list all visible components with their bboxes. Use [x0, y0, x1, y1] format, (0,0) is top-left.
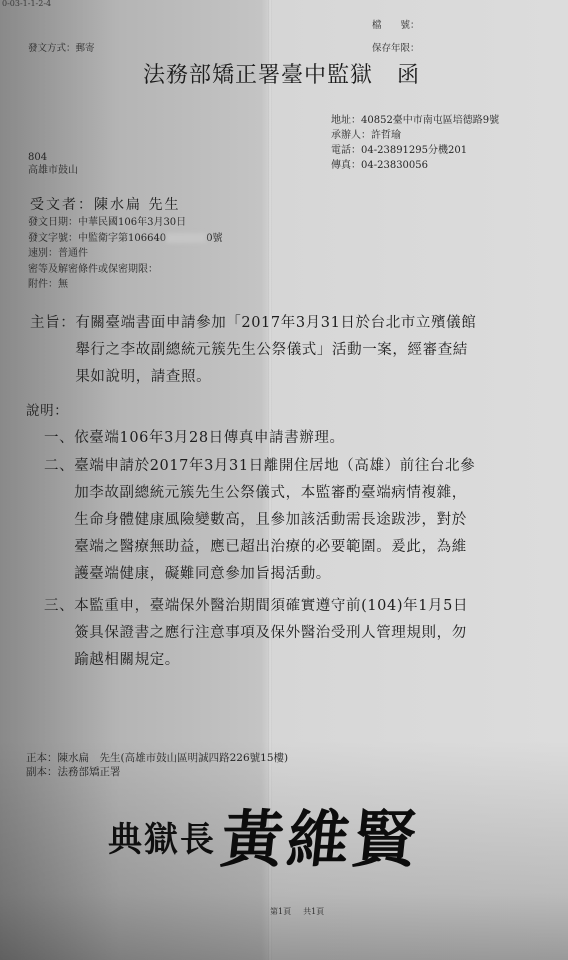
file-number-label: 檔 號： — [372, 17, 420, 31]
item-line: 簽具保證書之應行注意事項及保外醫治受刑人管理規則，勿 — [74, 620, 468, 647]
item-marker: 一、 — [44, 425, 74, 452]
contact-fax: 傳真：04-23830056 — [331, 158, 499, 173]
contact-address: 地址：40852臺中市南屯區培德路9號 — [331, 113, 499, 128]
explanation-label: 說明： — [26, 398, 68, 425]
redaction-blur — [166, 233, 206, 243]
page-number: 第1頁 — [270, 907, 291, 916]
signatory-name-stamp: 黃維賢 — [217, 790, 424, 879]
distribution-block: 正本：陳水扁 先生(高雄市鼓山區明誠四路226號15樓) 副本：法務部矯正署 — [26, 751, 288, 779]
explanation-item-2: 二、 臺端申請於2017年3月31日離開住居地（高雄）前往台北參 加李故副總統元… — [44, 453, 475, 588]
item-line: 加李故副總統元簇先生公祭儀式，本監審酌臺端病情複雜， — [74, 480, 475, 507]
explanation-item-1: 一、 依臺端106年3月28日傳真申請書辦理。 — [44, 425, 345, 452]
send-method: 發文方式：郵寄 — [28, 40, 95, 54]
document-number-prefix: 發文字號：中監衛字第106640 — [28, 233, 166, 244]
subject-line: 有關臺端書面申請參加「2017年3月31日於台北市立殯儀館 — [75, 310, 476, 337]
issuing-organization: 法務部矯正署臺中監獄 — [143, 63, 373, 88]
item-line: 臺端申請於2017年3月31日離開住居地（高雄）前往台北參 — [74, 453, 475, 480]
document-meta: 發文日期：中華民國106年3月30日 發文字號：中監衛字第1066400號 速別… — [28, 215, 223, 293]
attachment: 附件：無 — [28, 277, 223, 293]
contact-block: 地址：40852臺中市南屯區培德路9號 承辦人：許哲瑜 電話：04-238912… — [331, 113, 499, 173]
item-marker: 二、 — [44, 453, 74, 588]
subject-line: 舉行之李故副總統元簇先生公祭儀式」活動一案，經審查結 — [75, 337, 476, 364]
signature-block: 典獄長 — [108, 812, 216, 861]
issue-date: 發文日期：中華民國106年3月30日 — [28, 215, 223, 231]
item-body: 本監重申，臺端保外醫治期間須確實遵守前(104)年1月5日 簽具保證書之應行注意… — [74, 593, 468, 674]
signatory-title: 典獄長 — [108, 820, 216, 860]
item-line: 生命身體健康風險變數高，且參加該活動需長途跋涉，對於 — [74, 507, 475, 534]
page-indicator: 第1頁共1頁 — [270, 906, 324, 917]
mailing-postcode: 804 — [28, 151, 78, 164]
explanation-item-3: 三、 本監重申，臺端保外醫治期間須確實遵守前(104)年1月5日 簽具保證書之應… — [44, 593, 468, 674]
subject-line: 果如說明，請查照。 — [75, 364, 476, 391]
contact-handler: 承辦人：許哲瑜 — [331, 128, 499, 143]
top-stamp: 0-03-1-1-2-4 — [2, 0, 51, 8]
item-line: 踰越相關規定。 — [74, 647, 468, 674]
subject-section: 主旨： 有關臺端書面申請參加「2017年3月31日於台北市立殯儀館 舉行之李故副… — [30, 310, 476, 391]
mailing-address: 804 高雄市鼓山 — [28, 151, 78, 177]
item-marker: 三、 — [44, 593, 74, 674]
item-body: 依臺端106年3月28日傳真申請書辦理。 — [74, 425, 344, 452]
document-type: 函 — [397, 63, 420, 88]
distribution-copy: 副本：法務部矯正署 — [26, 765, 288, 779]
item-line: 臺端之醫療無助益，應已超出治療的必要範圍。爰此，為維 — [74, 534, 475, 561]
subject-label: 主旨： — [30, 310, 75, 391]
recipient-line: 受文者：陳水扁 先生 — [30, 194, 180, 214]
contact-phone: 電話：04-23891295分機201 — [331, 143, 499, 158]
page-total: 共1頁 — [303, 907, 324, 916]
secrecy-class: 密等及解密條件或保密期限： — [28, 262, 223, 278]
speed-class: 速別：普通件 — [28, 246, 223, 262]
subject-body: 有關臺端書面申請參加「2017年3月31日於台北市立殯儀館 舉行之李故副總統元簇… — [75, 310, 476, 391]
item-line: 依臺端106年3月28日傳真申請書辦理。 — [74, 425, 344, 452]
distribution-main: 正本：陳水扁 先生(高雄市鼓山區明誠四路226號15樓) — [26, 751, 288, 765]
item-line: 本監重申，臺端保外醫治期間須確實遵守前(104)年1月5日 — [74, 593, 468, 620]
document-number: 發文字號：中監衛字第1066400號 — [28, 231, 223, 247]
retention-label: 保存年限： — [372, 40, 420, 54]
mailing-area: 高雄市鼓山 — [28, 164, 78, 177]
document-number-suffix: 0號 — [206, 233, 222, 244]
item-body: 臺端申請於2017年3月31日離開住居地（高雄）前往台北參 加李故副總統元簇先生… — [74, 453, 475, 588]
document-title: 法務部矯正署臺中監獄函 — [143, 58, 420, 89]
item-line: 護臺端健康，礙難同意參加旨揭活動。 — [74, 561, 475, 588]
